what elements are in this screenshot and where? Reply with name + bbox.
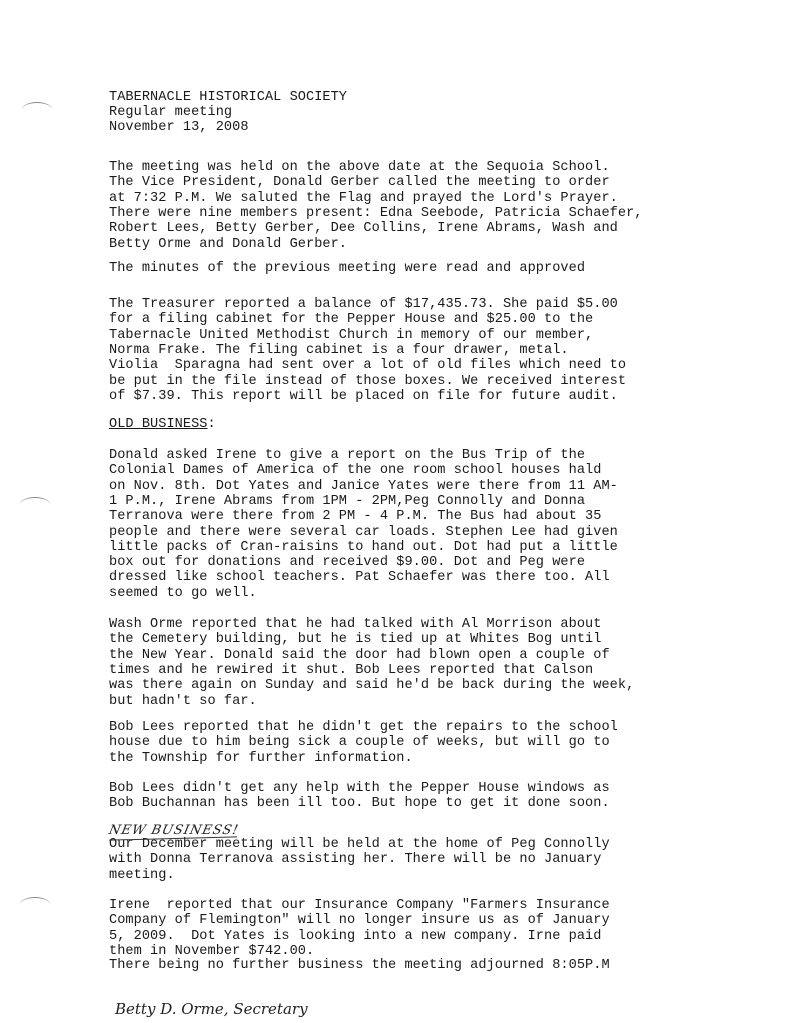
paragraph-treasurer-line: The Treasurer reported a balance of $17,… (109, 297, 618, 312)
section-heading-old-business: OLD BUSINESS: (109, 417, 216, 432)
paragraph-bus-trip-line: Terranova were there from 2 PM - 4 P.M. … (109, 509, 601, 524)
secretary-signature: Betty D. Orme, Secretary (115, 1000, 308, 1018)
paragraph-insurance-line: Irene reported that our Insurance Compan… (109, 898, 610, 913)
paragraph-bus-trip-line: dressed like school teachers. Pat Schaef… (109, 570, 610, 585)
paragraph-cemetery-line: was there again on Sunday and said he'd … (109, 678, 634, 693)
paragraph-school-house-line: house due to him being sick a couple of … (109, 735, 610, 750)
punch-hole-mark-bottom (20, 897, 50, 912)
paragraph-insurance-line: them in November $742.00. (109, 944, 314, 959)
meeting-type: Regular meeting (109, 105, 232, 120)
paragraph-school-house-line: Bob Lees reported that he didn't get the… (109, 720, 618, 735)
paragraph-cemetery-line: the Cemetery building, but he is tied up… (109, 632, 601, 647)
paragraph-bus-trip-line: on Nov. 8th. Dot Yates and Janice Yates … (109, 479, 618, 494)
paragraph-december-line: with Donna Terranova assisting her. Ther… (109, 852, 601, 867)
paragraph-opening-line: There were nine members present: Edna Se… (109, 206, 643, 221)
paragraph-opening-line: The Vice President, Donald Gerber called… (109, 175, 610, 190)
paragraph-opening-line: Betty Orme and Donald Gerber. (109, 237, 347, 252)
paragraph-treasurer-line: be put in the file instead of those boxe… (109, 374, 626, 389)
paragraph-december-line: meeting. (109, 868, 175, 883)
paragraph-opening-line: Robert Lees, Betty Gerber, Dee Collins, … (109, 221, 618, 236)
paragraph-bus-trip-line: little packs of Cran-raisins to hand out… (109, 540, 618, 555)
paragraph-treasurer-line: Violia Sparagna had sent over a lot of o… (109, 358, 626, 373)
paragraph-insurance-line: 5, 2009. Dot Yates is looking into a new… (109, 929, 601, 944)
paragraph-school-house-line: the Township for further information. (109, 751, 413, 766)
paragraph-minutes-line: The minutes of the previous meeting were… (109, 261, 585, 276)
paragraph-bus-trip-line: box out for donations and received $9.00… (109, 555, 585, 570)
paragraph-treasurer-line: of $7.39. This report will be placed on … (109, 389, 618, 404)
org-title: TABERNACLE HISTORICAL SOCIETY (109, 90, 347, 105)
paragraph-cemetery-line: but hadn't so far. (109, 694, 257, 709)
paragraph-adjourn-line: There being no further business the meet… (109, 958, 610, 973)
paragraph-windows-line: Bob Buchannan has been ill too. But hope… (109, 796, 610, 811)
punch-hole-mark-middle (20, 497, 50, 512)
paragraph-bus-trip-line: people and there were several car loads.… (109, 525, 618, 540)
meeting-date: November 13, 2008 (109, 120, 249, 135)
paragraph-cemetery-line: Wash Orme reported that he had talked wi… (109, 617, 601, 632)
paragraph-bus-trip-line: Colonial Dames of America of the one roo… (109, 463, 601, 478)
paragraph-treasurer-line: for a filing cabinet for the Pepper Hous… (109, 312, 593, 327)
paragraph-opening-line: The meeting was held on the above date a… (109, 160, 610, 175)
paragraph-windows-line: Bob Lees didn't get any help with the Pe… (109, 781, 610, 796)
punch-hole-mark-top (22, 102, 52, 117)
paragraph-bus-trip-line: Donald asked Irene to give a report on t… (109, 448, 585, 463)
paragraph-bus-trip-line: seemed to go well. (109, 586, 257, 601)
paragraph-cemetery-line: times and he rewired it shut. Bob Lees r… (109, 663, 593, 678)
paragraph-treasurer-line: Norma Frake. The filing cabinet is a fou… (109, 343, 569, 358)
heading-text: OLD BUSINESS (109, 417, 208, 432)
paragraph-bus-trip-line: 1 P.M., Irene Abrams from 1PM - 2PM,Peg … (109, 494, 585, 509)
paragraph-treasurer-line: Tabernacle United Methodist Church in me… (109, 328, 593, 343)
paragraph-insurance-line: Company of Flemington" will no longer in… (109, 913, 610, 928)
paragraph-opening-line: at 7:32 P.M. We saluted the Flag and pra… (109, 191, 618, 206)
paragraph-december-line: Our December meeting will be held at the… (109, 837, 610, 852)
paragraph-cemetery-line: the New Year. Donald said the door had b… (109, 648, 610, 663)
